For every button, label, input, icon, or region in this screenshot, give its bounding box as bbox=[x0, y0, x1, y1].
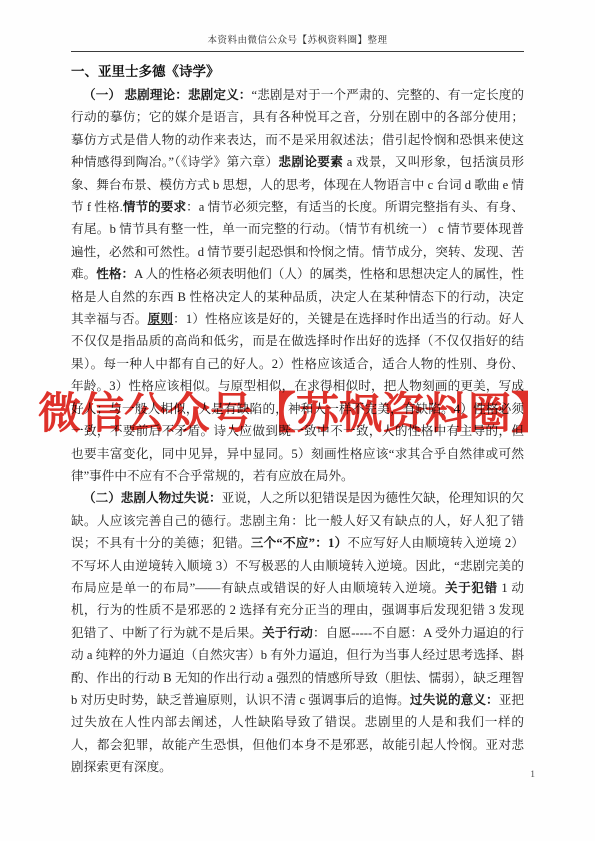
text-run: ：1）性格应该是好的，关键是在选择时作出适当的行动。好人不仅仅是指品质的高尚和低… bbox=[71, 312, 524, 483]
text-run: 关于行动 bbox=[262, 626, 313, 640]
document-page: 本资料由微信公众号【苏枫资料圈】整理 一、亚里士多德《诗学》 （一） 悲剧理论：… bbox=[0, 0, 595, 841]
text-run: 原则 bbox=[148, 312, 174, 326]
page-number: 1 bbox=[530, 770, 535, 780]
text-run: 过失说的意义： bbox=[410, 693, 499, 707]
page-title: 一、亚里士多德《诗学》 bbox=[71, 60, 524, 80]
text-run: （一） 悲剧理论：悲剧定义： bbox=[83, 88, 252, 102]
document-body: （一） 悲剧理论：悲剧定义：“悲剧是对于一个严肃的、完整的、有一定长度的行动的摹… bbox=[71, 84, 524, 779]
text-run: 三个“不应”：1） bbox=[251, 536, 348, 550]
paragraph: （二）悲剧人物过失说：亚说，人之所以犯错误是因为德性欠缺，伦理知识的欠缺。人应该… bbox=[71, 487, 524, 778]
paragraph: （一） 悲剧理论：悲剧定义：“悲剧是对于一个严肃的、完整的、有一定长度的行动的摹… bbox=[71, 84, 524, 487]
text-run: 关于犯错 bbox=[445, 581, 498, 595]
text-run: （二）悲剧人物过失说： bbox=[83, 491, 222, 505]
text-run: 性格： bbox=[96, 267, 134, 281]
text-run: 悲剧论要素 bbox=[278, 155, 343, 169]
page-header: 本资料由微信公众号【苏枫资料圈】整理 bbox=[71, 0, 524, 52]
header-text: 本资料由微信公众号【苏枫资料圈】整理 bbox=[71, 32, 524, 52]
text-run: 情节的要求 bbox=[123, 200, 186, 214]
